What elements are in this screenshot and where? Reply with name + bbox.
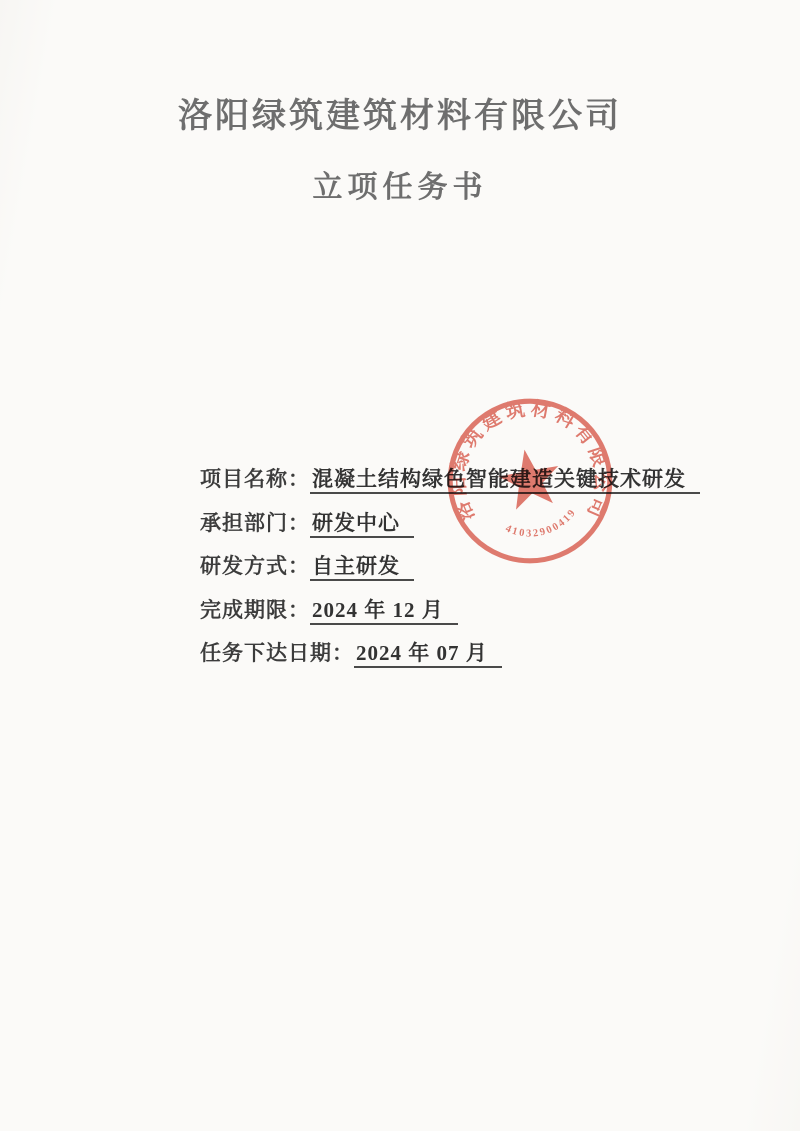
field-rd-method-value: 自主研发 [310,553,414,581]
field-project-name-label: 项目名称： [200,467,310,491]
field-deadline-label: 完成期限： [200,598,310,622]
field-rd-method: 研发方式：自主研发 [200,545,700,589]
field-issue-date-label: 任务下达日期： [200,641,354,665]
field-department-value: 研发中心 [310,510,414,538]
company-title: 洛阳绿筑建筑材料有限公司 [0,88,800,137]
field-list: 项目名称：混凝土结构绿色智能建造关键技术研发 承担部门：研发中心 研发方式：自主… [200,458,700,676]
field-department: 承担部门：研发中心 [200,502,700,546]
field-project-name-value: 混凝土结构绿色智能建造关键技术研发 [310,466,700,494]
field-project-name: 项目名称：混凝土结构绿色智能建造关键技术研发 [200,458,700,502]
field-rd-method-label: 研发方式： [200,554,310,578]
field-deadline: 完成期限：2024 年 12 月 [200,589,700,633]
document-subtitle: 立项任务书 [0,162,800,206]
field-issue-date-value: 2024 年 07 月 [354,640,502,668]
field-issue-date: 任务下达日期：2024 年 07 月 [200,632,700,676]
field-department-label: 承担部门： [200,511,310,535]
document-page: 洛阳绿筑建筑材料有限公司 立项任务书 项目名称：混凝土结构绿色智能建造关键技术研… [0,0,800,1131]
field-deadline-value: 2024 年 12 月 [310,597,458,625]
